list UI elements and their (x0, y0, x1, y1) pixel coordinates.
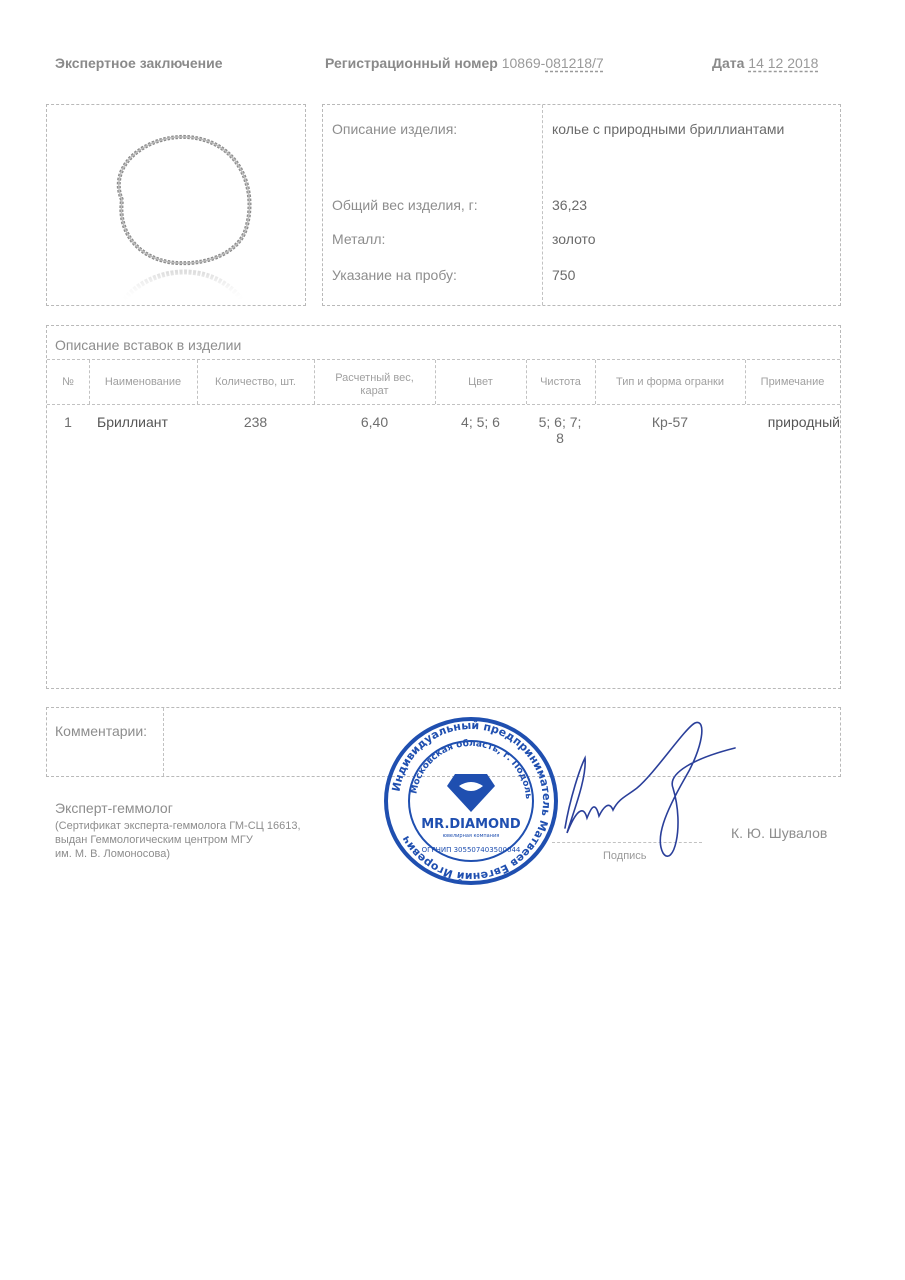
expert-certificate: (Сертификат эксперта-геммолога ГМ-СЦ 166… (55, 819, 301, 861)
cert-line-1: (Сертификат эксперта-геммолога ГМ-СЦ 166… (55, 819, 301, 833)
cell-quantity: 238 (197, 414, 314, 430)
comments-divider (163, 708, 164, 776)
col-note: Примечание (745, 360, 840, 404)
cell-number: 1 (47, 414, 89, 430)
handwritten-signature (545, 718, 745, 868)
cell-clarity: 5; 6; 7; 8 (533, 414, 587, 446)
stamp-ogrn: ОГРНИП 305507403500044 (422, 846, 521, 854)
reg-value: 081218/7 (545, 55, 603, 71)
details-divider (542, 105, 543, 305)
cert-line-2: выдан Геммологическим центром МГУ (55, 833, 301, 847)
diamond-logo-icon (447, 774, 495, 812)
expert-name: К. Ю. Шувалов (731, 825, 827, 841)
date: Дата 14 12 2018 (712, 55, 818, 71)
stamp-brand-sub: ювелирная компания (443, 833, 500, 839)
reg-prefix: 10869- (502, 55, 546, 71)
inserts-table-header: № Наименование Количество, шт. Расчетный… (47, 359, 840, 405)
field-metal-label: Металл: (332, 231, 385, 247)
col-number: № (47, 360, 89, 404)
reg-label: Регистрационный номер (325, 55, 498, 71)
inserts-section: Описание вставок в изделии № Наименовани… (46, 325, 841, 689)
col-clarity: Чистота (526, 360, 595, 404)
date-value: 14 12 2018 (748, 55, 818, 71)
cert-line-3: им. М. В. Ломоносова) (55, 847, 301, 861)
product-details-box: Описание изделия: колье с природными бри… (322, 104, 841, 306)
stamp-brand: MR.DIAMOND (421, 817, 521, 832)
col-quantity: Количество, шт. (197, 360, 314, 404)
col-cut: Тип и форма огранки (595, 360, 745, 404)
cell-note: природный (745, 414, 840, 430)
field-description-value: колье с природными бриллиантами (552, 121, 784, 137)
cell-color: 4; 5; 6 (435, 414, 526, 430)
cell-name: Бриллиант (97, 414, 197, 430)
col-name: Наименование (89, 360, 197, 404)
company-stamp: Индивидуальный предприниматель Матвеев Е… (383, 716, 559, 886)
field-description-label: Описание изделия: (332, 121, 457, 137)
col-color: Цвет (435, 360, 526, 404)
field-metal-value: золото (552, 231, 596, 247)
field-assay-label: Указание на пробу: (332, 267, 457, 283)
necklace-image (47, 105, 305, 305)
field-weight-label: Общий вес изделия, г: (332, 197, 478, 213)
field-assay-value: 750 (552, 267, 575, 283)
document-title: Экспертное заключение (55, 55, 223, 71)
product-photo-box (46, 104, 306, 306)
field-weight-value: 36,23 (552, 197, 587, 213)
table-row: 1 Бриллиант 238 6,40 4; 5; 6 5; 6; 7; 8 … (47, 404, 840, 464)
col-weight: Расчетный вес, карат (314, 360, 435, 404)
expert-role: Эксперт-геммолог (55, 800, 173, 816)
date-label: Дата (712, 55, 744, 71)
comments-label: Комментарии: (55, 723, 147, 739)
registration-number: Регистрационный номер 10869-081218/7 (325, 55, 604, 71)
cell-weight: 6,40 (314, 414, 435, 430)
inserts-title: Описание вставок в изделии (55, 337, 241, 353)
cell-cut: Кр-57 (595, 414, 745, 430)
